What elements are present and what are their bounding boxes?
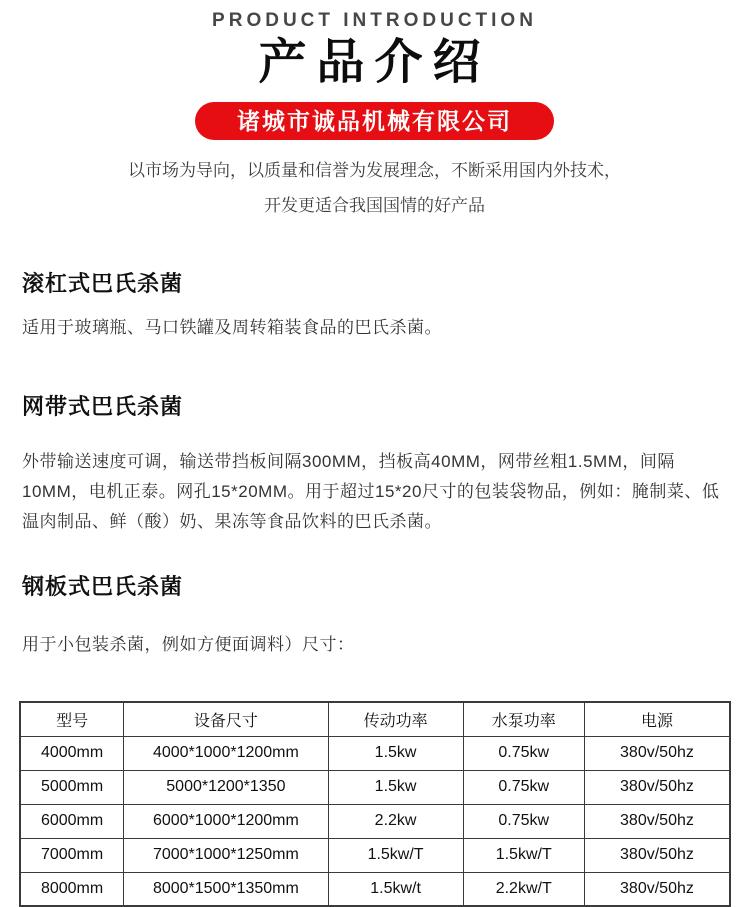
spec-cell: 4000*1000*1200mm bbox=[124, 736, 328, 770]
section-heading: 滚杠式巴氏杀菌 bbox=[22, 267, 727, 298]
sections: 滚杠式巴氏杀菌 适用于玻璃瓶、马口铁罐及周转箱装食品的巴氏杀菌。 网带式巴氏杀菌… bbox=[0, 267, 749, 660]
spec-cell: 1.5kw/T bbox=[328, 838, 463, 872]
table-row: 7000mm 7000*1000*1250mm 1.5kw/T 1.5kw/T … bbox=[20, 838, 730, 872]
table-row: 8000mm 8000*1500*1350mm 1.5kw/t 2.2kw/T … bbox=[20, 872, 730, 906]
spec-cell: 1.5kw bbox=[328, 770, 463, 804]
tagline-line-1: 以市场为导向，以质量和信誉为发展理念，不断采用国内外技术， bbox=[0, 161, 749, 181]
spec-cell: 380v/50hz bbox=[584, 770, 730, 804]
eyebrow-text: PRODUCT INTRODUCTION bbox=[0, 10, 749, 32]
spec-cell: 8000*1500*1350mm bbox=[124, 872, 328, 906]
tagline: 以市场为导向，以质量和信誉为发展理念，不断采用国内外技术， 开发更适合我国国情的… bbox=[0, 161, 749, 216]
table-row: 4000mm 4000*1000*1200mm 1.5kw 0.75kw 380… bbox=[20, 736, 730, 770]
spec-cell: 2.2kw bbox=[328, 804, 463, 838]
spec-cell: 1.5kw/t bbox=[328, 872, 463, 906]
table-row: 5000mm 5000*1200*1350 1.5kw 0.75kw 380v/… bbox=[20, 770, 730, 804]
spec-header-size: 设备尺寸 bbox=[124, 702, 328, 736]
section-steel-plate-pasteurization: 钢板式巴氏杀菌 用于小包装杀菌，例如方便面调料）尺寸： bbox=[22, 570, 727, 660]
spec-cell: 2.2kw/T bbox=[463, 872, 584, 906]
section-heading: 钢板式巴氏杀菌 bbox=[22, 570, 727, 601]
spec-cell: 1.5kw/T bbox=[463, 838, 584, 872]
spec-table: 型号 设备尺寸 传动功率 水泵功率 电源 4000mm 4000*1000*12… bbox=[19, 701, 731, 907]
spec-cell: 380v/50hz bbox=[584, 872, 730, 906]
spec-header-model: 型号 bbox=[20, 702, 124, 736]
section-body: 外带输送速度可调，输送带挡板间隔300MM，挡板高40MM，网带丝粗1.5MM，… bbox=[22, 447, 727, 537]
spec-cell: 6000*1000*1200mm bbox=[124, 804, 328, 838]
page-header: PRODUCT INTRODUCTION 产品介绍 诸城市诚品机械有限公司 以市… bbox=[0, 0, 749, 216]
spec-cell: 4000mm bbox=[20, 736, 124, 770]
spec-cell: 1.5kw bbox=[328, 736, 463, 770]
product-introduction-page: PRODUCT INTRODUCTION 产品介绍 诸城市诚品机械有限公司 以市… bbox=[0, 0, 749, 907]
spec-header-row: 型号 设备尺寸 传动功率 水泵功率 电源 bbox=[20, 702, 730, 736]
section-mesh-belt-pasteurization: 网带式巴氏杀菌 外带输送速度可调，输送带挡板间隔300MM，挡板高40MM，网带… bbox=[22, 390, 727, 537]
spec-cell: 0.75kw bbox=[463, 736, 584, 770]
section-body: 用于小包装杀菌，例如方便面调料）尺寸： bbox=[22, 630, 727, 660]
spec-header-drive-power: 传动功率 bbox=[328, 702, 463, 736]
spec-cell: 0.75kw bbox=[463, 770, 584, 804]
page-title: 产品介绍 bbox=[0, 36, 749, 90]
spec-cell: 5000mm bbox=[20, 770, 124, 804]
spec-cell: 380v/50hz bbox=[584, 804, 730, 838]
spec-cell: 0.75kw bbox=[463, 804, 584, 838]
spec-cell: 380v/50hz bbox=[584, 838, 730, 872]
section-body: 适用于玻璃瓶、马口铁罐及周转箱装食品的巴氏杀菌。 bbox=[22, 313, 727, 343]
spec-cell: 7000*1000*1250mm bbox=[124, 838, 328, 872]
spec-header-power-supply: 电源 bbox=[584, 702, 730, 736]
section-heading: 网带式巴氏杀菌 bbox=[22, 390, 727, 421]
spec-header-pump-power: 水泵功率 bbox=[463, 702, 584, 736]
company-banner-wrap: 诸城市诚品机械有限公司 bbox=[0, 90, 749, 140]
table-row: 6000mm 6000*1000*1200mm 2.2kw 0.75kw 380… bbox=[20, 804, 730, 838]
spec-cell: 380v/50hz bbox=[584, 736, 730, 770]
tagline-line-2: 开发更适合我国国情的好产品 bbox=[0, 196, 749, 216]
spec-cell: 8000mm bbox=[20, 872, 124, 906]
spec-cell: 6000mm bbox=[20, 804, 124, 838]
company-banner: 诸城市诚品机械有限公司 bbox=[195, 102, 554, 140]
section-roller-pasteurization: 滚杠式巴氏杀菌 适用于玻璃瓶、马口铁罐及周转箱装食品的巴氏杀菌。 bbox=[22, 267, 727, 343]
spec-cell: 5000*1200*1350 bbox=[124, 770, 328, 804]
spec-cell: 7000mm bbox=[20, 838, 124, 872]
